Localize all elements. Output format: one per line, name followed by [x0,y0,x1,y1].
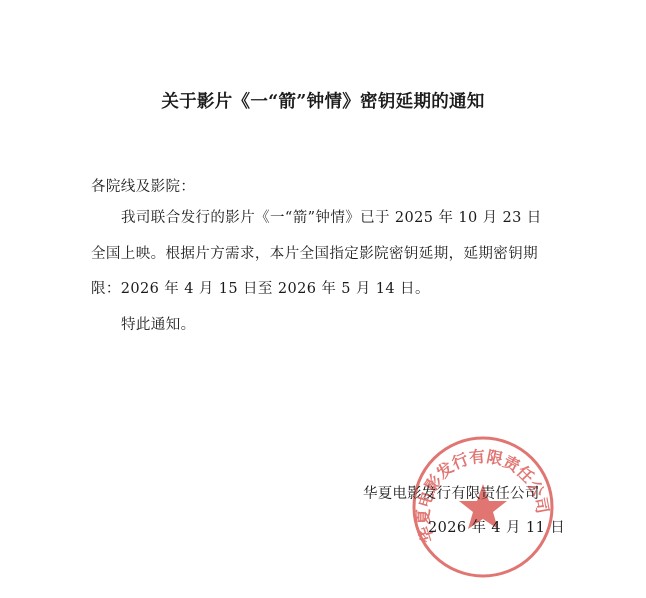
body-line-3: 限：2026 年 4 月 15 日至 2026 年 5 月 14 日。 [91,277,430,298]
closing: 特此通知。 [121,313,196,334]
signature-company: 华夏电影发行有限责任公司 [363,482,539,503]
body-line-1: 我司联合发行的影片《一“箭”钟情》已于 2025 年 10 月 23 日 [121,206,542,227]
greeting: 各院线及影院： [91,175,195,196]
signature-date: 2026 年 4 月 11 日 [428,516,565,537]
body-line-2: 全国上映。根据片方需求，本片全国指定影院密钥延期，延期密钥期 [91,242,538,263]
document-title: 关于影片《一“箭”钟情》密钥延期的通知 [0,88,646,113]
company-seal-stamp-icon: 华夏电影发行有限责任公司 [410,434,556,580]
